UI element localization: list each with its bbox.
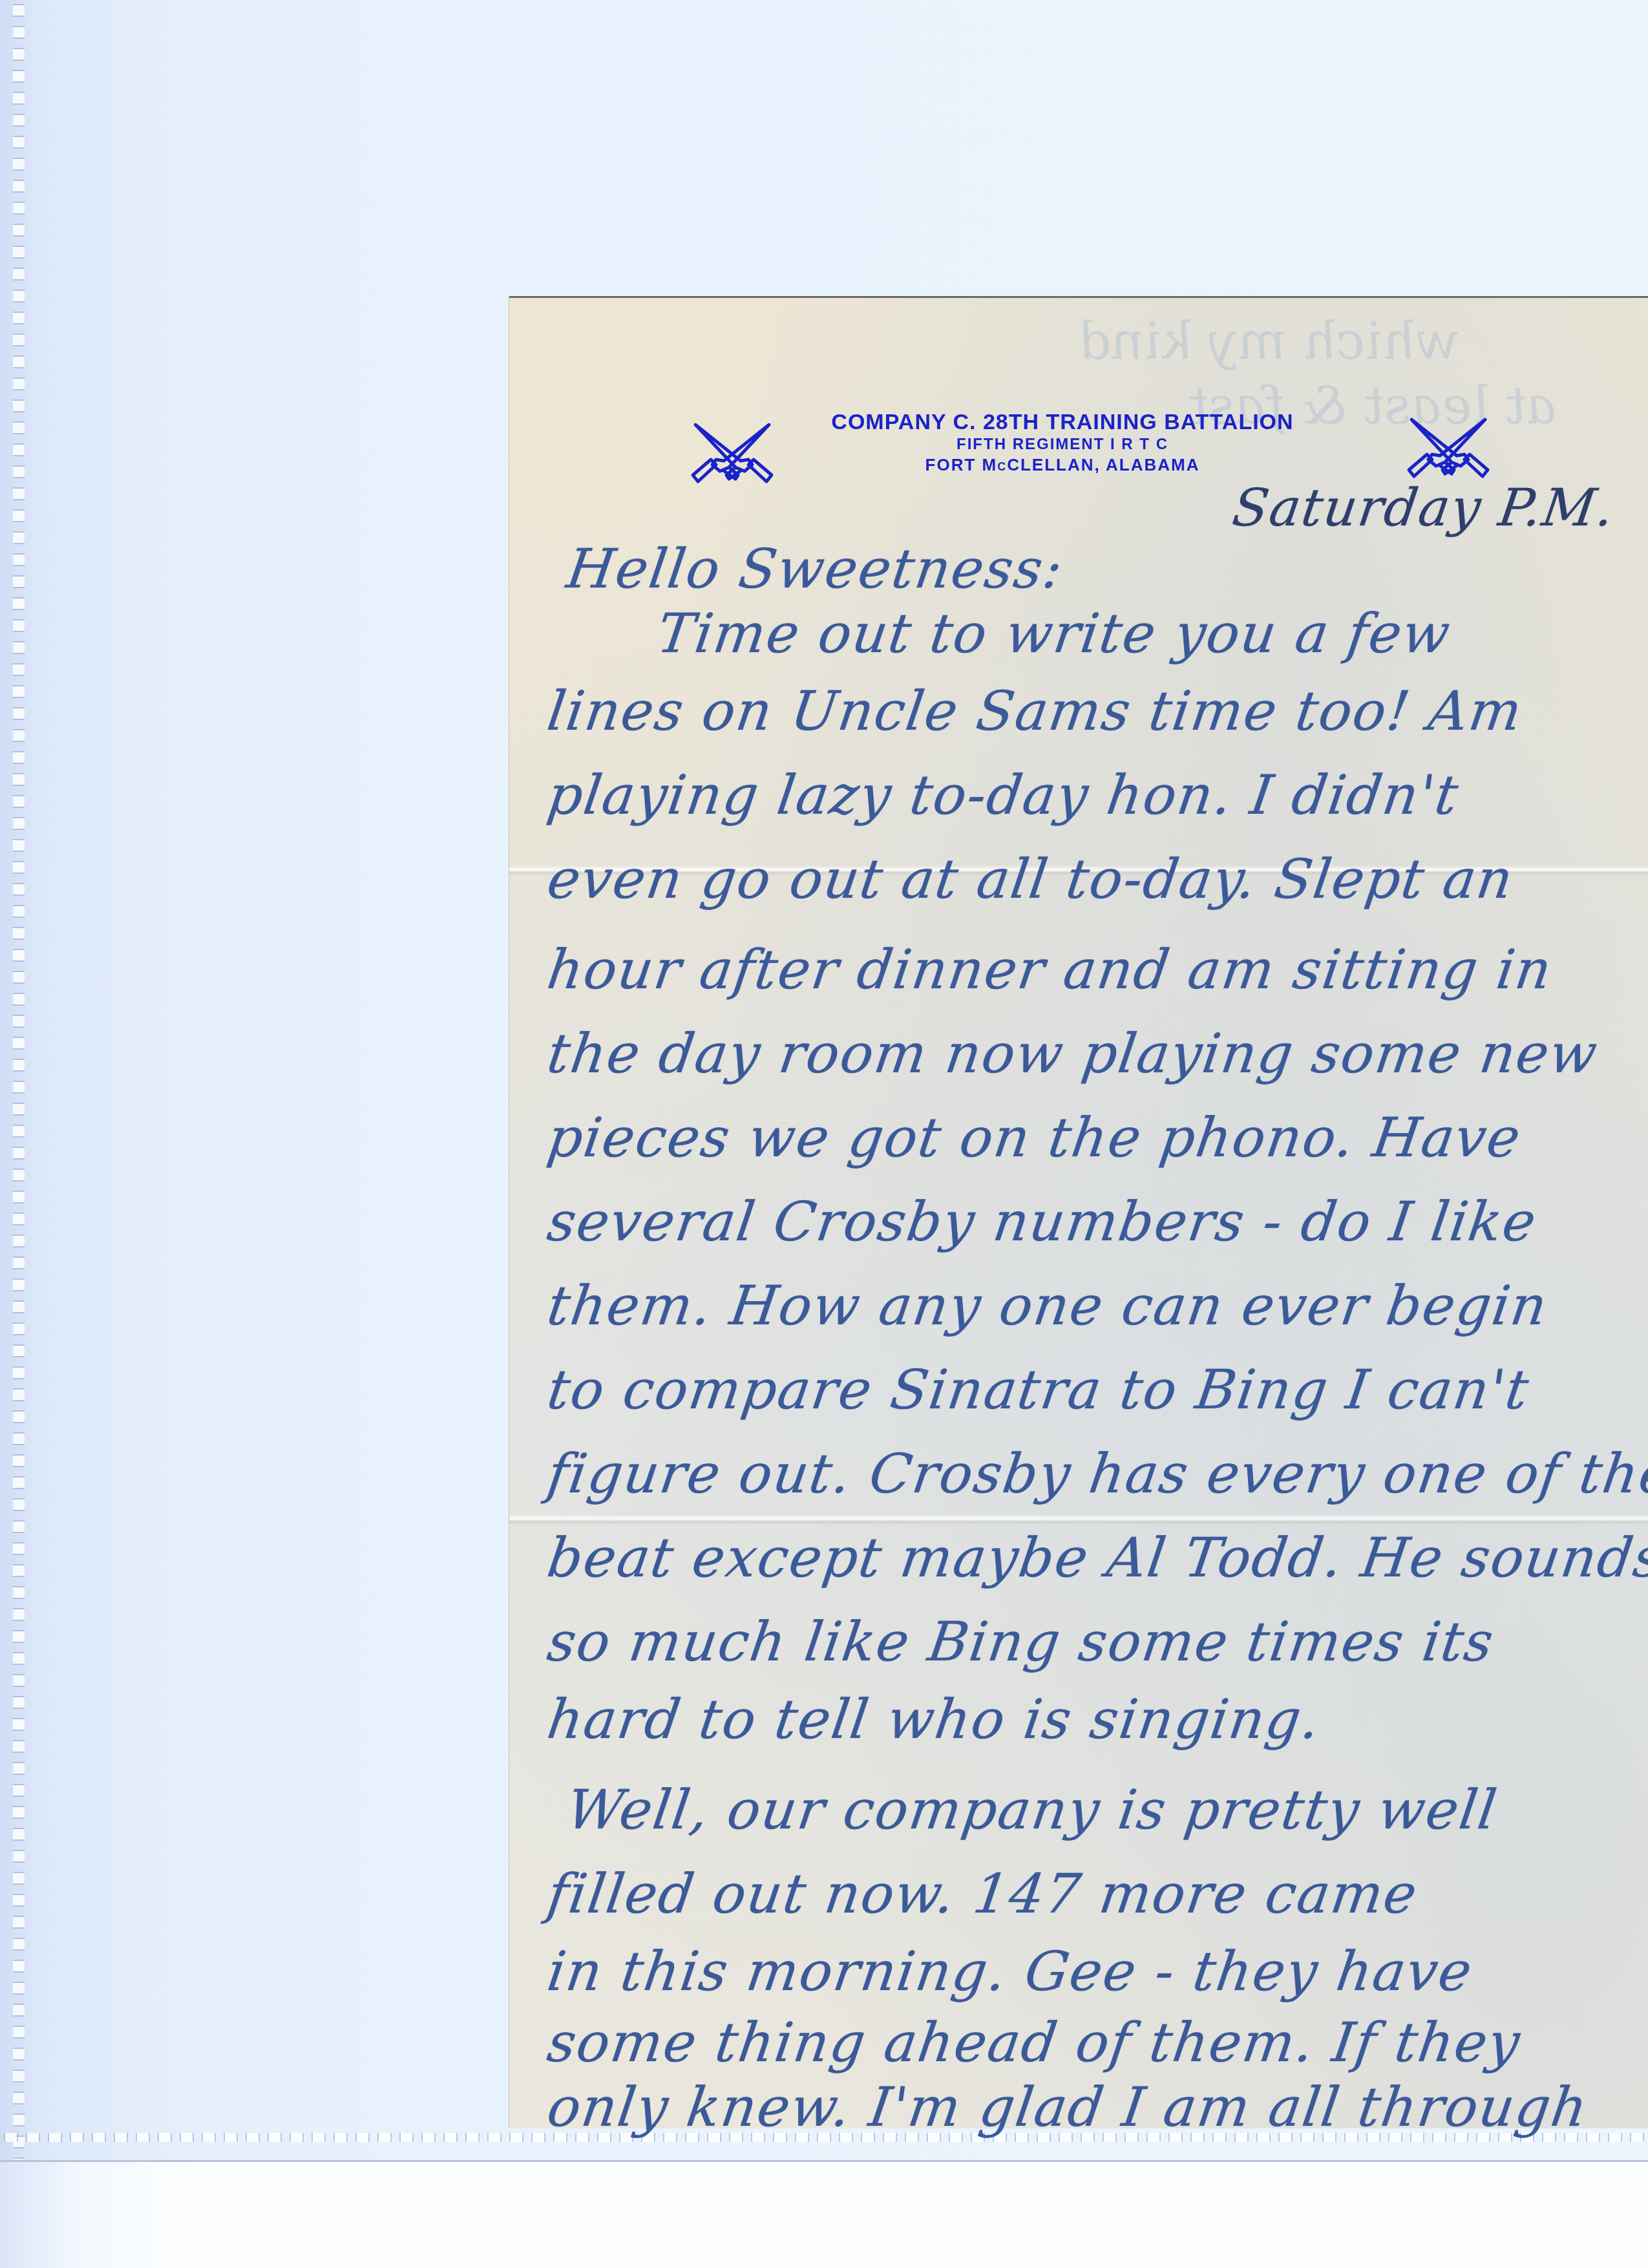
letter-line: playing lazy to-day hon. I didn't (544, 763, 1463, 827)
letter-line: only knew. I'm glad I am all through (544, 2075, 1592, 2139)
letter-line: even go out at all to-day. Slept an (544, 847, 1517, 911)
letterhead: COMPANY C. 28TH TRAINING BATTALION FIFTH… (509, 409, 1648, 475)
letter-line: to compare Sinatra to Bing I can't (544, 1358, 1534, 1421)
letter-salutation: Hello Sweetness: (563, 537, 1068, 600)
letter-line: beat except maybe Al Todd. He sounds (544, 1526, 1648, 1589)
letterhead-company: COMPANY C. 28TH TRAINING BATTALION (477, 409, 1648, 435)
bleed-through-text: which my kind (1073, 311, 1464, 371)
letter-line: figure out. Crosby has every one of them (544, 1442, 1648, 1505)
letter-date: Saturday P.M. (1229, 478, 1618, 538)
letter-line: Time out to write you a few (653, 602, 1455, 665)
letter-line: the day room now playing some new (544, 1022, 1602, 1085)
letter-line: several Crosby numbers - do I like (544, 1190, 1541, 1253)
letter-line: filled out now. 147 more came (544, 1862, 1422, 1925)
letter-line: so much like Bing some times its (544, 1610, 1498, 1673)
fold-crease (509, 1514, 1648, 1525)
letter-line: them. How any one can ever begin (544, 1274, 1552, 1337)
letter-line: pieces we got on the phono. Have (544, 1106, 1525, 1169)
letter-line: hour after dinner and am sitting in (544, 938, 1556, 1001)
letter-line: in this morning. Gee - they have (544, 1940, 1477, 2003)
letter-line: some thing ahead of them. If they (544, 2011, 1525, 2074)
letter-page: which my kind at least & fast COMPANY C.… (509, 296, 1648, 2128)
letter-line: lines on Uncle Sams time too! Am (544, 679, 1527, 743)
protector-perforation-left (13, 0, 25, 2160)
letterhead-regiment: FIFTH REGIMENT I R T C (477, 435, 1648, 454)
letter-line: hard to tell who is singing. (544, 1688, 1325, 1751)
scanner-bed (0, 2162, 1648, 2268)
letterhead-location: FORT McCLELLAN, ALABAMA (477, 454, 1648, 475)
letter-line: Well, our company is pretty well (563, 1778, 1501, 1841)
